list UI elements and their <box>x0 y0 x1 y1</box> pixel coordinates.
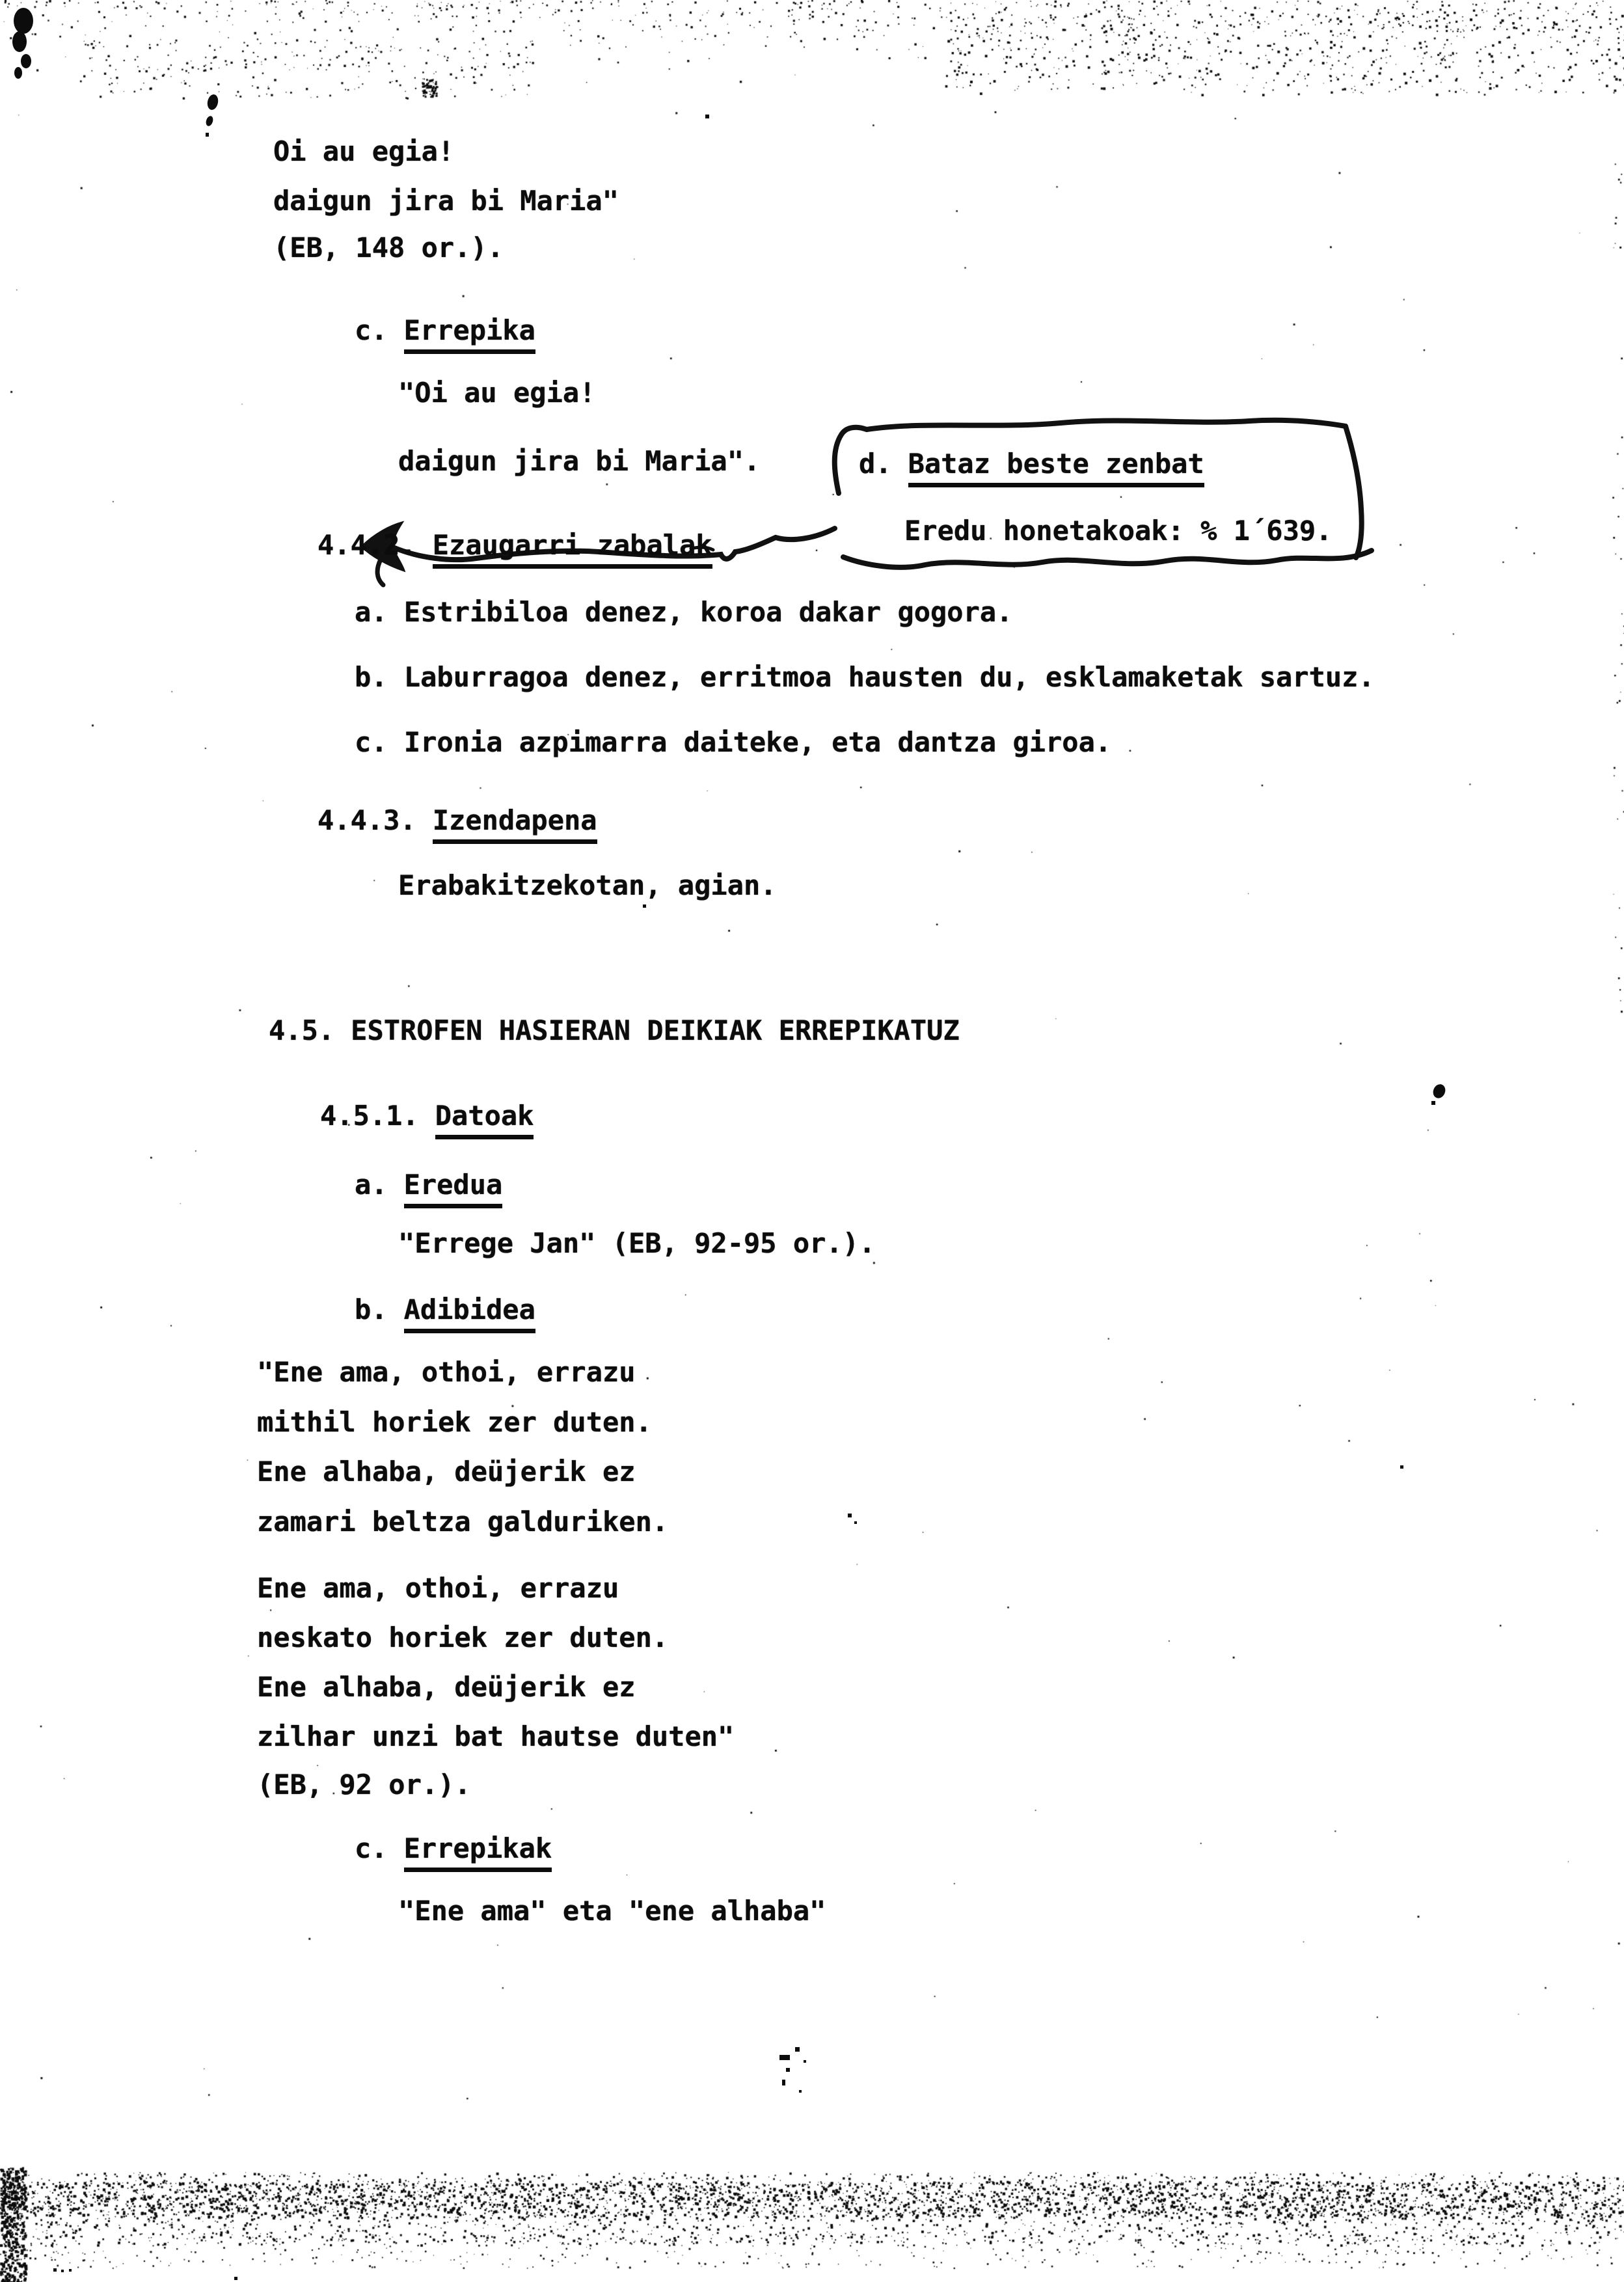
section-heading-45: 4.5.ESTROFEN HASIERAN DEIKIAK ERREPIKATU… <box>269 1017 960 1044</box>
section-heading-443: 4.4.3.Izendapena <box>318 807 597 834</box>
item-label: d. <box>859 450 892 478</box>
scan-noise-artifacts <box>0 0 1624 2282</box>
section-title: Datoak <box>435 1100 534 1139</box>
verse-line: zilhar unzi bat hautse duten" <box>257 1723 734 1750</box>
section-heading-442: 4.4.2.Ezaugarri zabalak <box>318 532 712 559</box>
list-item: a. Estribiloa denez, koroa dakar gogora. <box>355 599 1012 626</box>
section-number: 4.4.3. <box>318 807 416 834</box>
verse-citation: (EB, 92 or.). <box>257 1771 471 1799</box>
item-title: Eredua <box>404 1169 503 1208</box>
list-item: c. Ironia azpimarra daiteke, eta dantza … <box>355 729 1111 756</box>
intro-quote-line: Oi au egia! <box>273 138 454 165</box>
section-title: ESTROFEN HASIERAN DEIKIAK ERREPIKATUZ <box>351 1014 960 1046</box>
item-label: c. <box>355 317 388 344</box>
item-title: Bataz beste zenbat <box>908 448 1204 487</box>
verse-line: mithil horiek zer duten. <box>257 1409 652 1436</box>
verse-line: neskato horiek zer duten. <box>257 1624 668 1651</box>
item-heading-adibidea: b.Adibidea <box>355 1296 535 1324</box>
section-number: 4.5. <box>269 1017 334 1044</box>
errepika-quote-line: "Oi au egia! <box>398 379 595 407</box>
item-title: Errepikak <box>404 1832 552 1872</box>
item-title: Errepika <box>404 314 535 354</box>
verse-line: zamari beltza galduriken. <box>257 1508 668 1536</box>
section-number: 4.4.2. <box>318 532 416 559</box>
errepikak-body: "Ene ama" eta "ene alhaba" <box>398 1897 826 1925</box>
intro-quote-line: daigun jira bi Maria" <box>273 187 619 215</box>
errepika-quote-line: daigun jira bi Maria". <box>398 448 760 475</box>
section-title: Izendapena <box>433 804 597 844</box>
verse-line: Ene ama, othoi, errazu <box>257 1575 619 1602</box>
section-title: Ezaugarri zabalak <box>433 529 712 569</box>
item-heading-errepikak: c.Errepikak <box>355 1835 552 1862</box>
item-heading-eredua: a.Eredua <box>355 1171 502 1199</box>
scanned-document-page: Oi au egia! daigun jira bi Maria" (EB, 1… <box>0 0 1624 2282</box>
verse-line: Ene alhaba, deüjerik ez <box>257 1458 636 1486</box>
list-item: b. Laburragoa denez, erritmoa hausten du… <box>355 664 1375 691</box>
intro-quote-citation: (EB, 148 or.). <box>273 234 504 262</box>
margin-note-stat: Eredu honetakoak: % 1´639. <box>904 517 1332 545</box>
item-title: Adibidea <box>404 1294 535 1333</box>
verse-line: "Ene ama, othoi, errazu <box>257 1359 636 1386</box>
section-number: 4.5.1. <box>320 1102 419 1130</box>
item-heading-errepika: c.Errepika <box>355 317 535 344</box>
eredua-body: "Errege Jan" (EB, 92-95 or.). <box>398 1230 875 1257</box>
item-label: b. <box>355 1296 388 1324</box>
section-body: Erabakitzekotan, agian. <box>398 872 777 899</box>
margin-note-heading: d.Bataz beste zenbat <box>859 450 1204 478</box>
item-label: c. <box>355 1835 388 1862</box>
section-heading-451: 4.5.1.Datoak <box>320 1102 534 1130</box>
item-label: a. <box>355 1171 388 1199</box>
verse-line: Ene alhaba, deüjerik ez <box>257 1674 636 1701</box>
